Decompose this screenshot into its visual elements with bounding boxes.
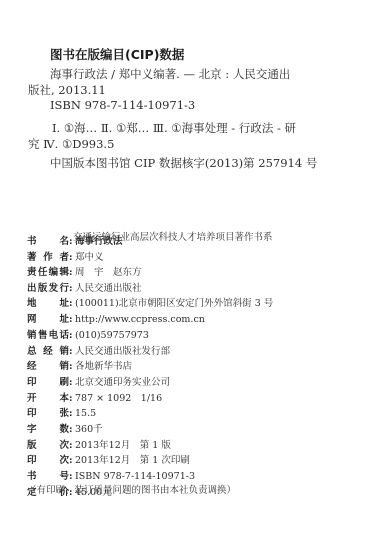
field-value: 2013年12月 第 1 次印刷 <box>75 455 190 466</box>
field-value: 2013年12月 第 1 版 <box>75 440 171 451</box>
colophon-field-row: 印 刷:北京交通印务实业公司 <box>27 376 170 390</box>
field-value: (100011)北京市朝阳区安定门外外馆斜街 3 号 <box>75 298 273 309</box>
colophon-field-row: 经 销:各地新华书店 <box>27 360 132 374</box>
colophon-field-row: 著作者:郑中义 <box>27 251 104 265</box>
field-value: 北京交通印务实业公司 <box>75 377 170 388</box>
field-label: 书 名 <box>27 235 69 249</box>
colophon-field-row: 网 址:http://www.ccpress.com.cn <box>27 313 205 327</box>
cip-bibliographic-line: 海事行政法 / 郑中义编著. — 北京 : 人民交通出 <box>50 66 290 82</box>
field-label: 网 址 <box>27 313 69 327</box>
colophon-field-row: 地 址:(100011)北京市朝阳区安定门外外馆斜街 3 号 <box>27 297 273 311</box>
colophon-field-row: 字 数:360千 <box>27 423 103 437</box>
field-label: 印 张 <box>27 407 69 421</box>
field-label: 经 销 <box>27 360 69 374</box>
field-value: http://www.ccpress.com.cn <box>75 314 205 325</box>
colophon-field-row: 开 本:787 × 1092 1/16 <box>27 392 162 406</box>
cip-classification: Ⅰ. ①海… Ⅱ. ①郑… Ⅲ. ①海事处理 - 行政法 - 研 <box>52 120 296 136</box>
field-value: 郑中义 <box>75 252 104 263</box>
field-label: 地 址 <box>27 297 69 311</box>
colophon-field-row: 印 次:2013年12月 第 1 次印刷 <box>27 454 190 468</box>
colophon-field-row: 责任编辑:周 宇 赵东方 <box>27 266 142 280</box>
field-value: 各地新华书店 <box>75 361 132 372</box>
field-label: 著作者 <box>27 251 69 265</box>
colophon-field-row: 销售电话:(010)59757973 <box>27 329 149 343</box>
field-label: 字 数 <box>27 423 69 437</box>
field-label: 责任编辑 <box>27 266 69 280</box>
cip-bibliographic-line-cont: 版社, 2013.11 <box>28 82 106 98</box>
colophon-field-row: 印 张:15.5 <box>27 407 96 421</box>
field-label: 版 次 <box>27 439 69 453</box>
colophon-field-row: 出版发行:人民交通出版社 <box>27 282 142 296</box>
field-value: 人民交通出版社发行部 <box>75 346 170 357</box>
cip-title: 图书在版编目(CIP)数据 <box>50 45 184 63</box>
cip-classification-cont: 究 Ⅳ. ①D993.5 <box>28 136 114 152</box>
colophon-field-row: 版 次:2013年12月 第 1 版 <box>27 439 171 453</box>
quality-note: （有印刷、装订质量问题的图书由本社负责调换） <box>27 482 236 496</box>
field-value: ISBN 978-7-114-10971-3 <box>75 471 195 482</box>
field-label: 销售电话 <box>27 329 69 343</box>
field-value: 海事行政法 <box>75 236 123 247</box>
field-value: 15.5 <box>75 408 96 419</box>
cip-library-number: 中国版本图书馆 CIP 数据核字(2013)第 257914 号 <box>50 155 317 171</box>
field-value: 周 宇 赵东方 <box>75 267 142 278</box>
field-label: 印 次 <box>27 454 69 468</box>
colophon-field-row: 总经销:人民交通出版社发行部 <box>27 345 170 359</box>
field-value: 人民交通出版社 <box>75 283 142 294</box>
field-value: (010)59757973 <box>75 330 149 341</box>
field-value: 360千 <box>75 424 103 435</box>
field-label: 印 刷 <box>27 376 69 390</box>
cip-isbn: ISBN 978-7-114-10971-3 <box>50 98 195 112</box>
field-label: 出版发行 <box>27 282 69 296</box>
field-label: 开 本 <box>27 392 69 406</box>
field-value: 787 × 1092 1/16 <box>75 393 162 404</box>
field-label: 总经销 <box>27 345 69 359</box>
colophon-field-row: 书 名:海事行政法 <box>27 235 123 249</box>
